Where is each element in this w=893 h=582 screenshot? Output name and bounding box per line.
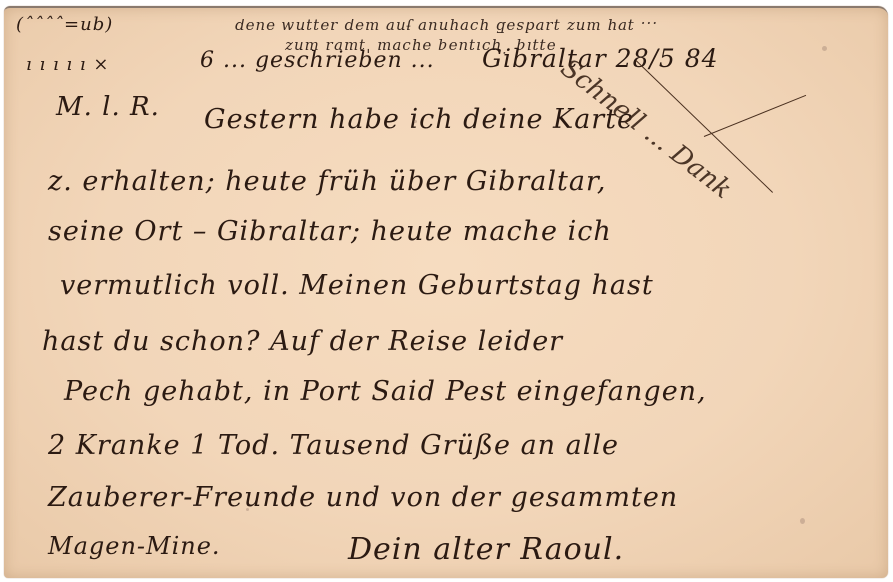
flourish-stroke xyxy=(704,95,806,137)
header-tally-marks: ı ı ı ı ı × xyxy=(26,54,109,75)
upside-down-line-1: ... ʇɐɥ ɯnz ʇɹɐdsǝƃ ɥɔɐɥnuɐ ɟnɐ ɯǝp ɹǝʇʇ… xyxy=(234,18,657,36)
body-line-6: Pech gehabt, in Port Said Pest eingefang… xyxy=(64,376,707,407)
salutation: M. l. R. xyxy=(56,92,160,122)
body-line-9: Magen-Mine. xyxy=(48,532,221,560)
foxing-spot xyxy=(246,508,249,511)
postcard: (ˆˆˆˆ=ub) ı ı ı ı ı × ... ʇɐɥ ɯnz ʇɹɐdsǝ… xyxy=(4,6,888,578)
foxing-spot xyxy=(414,120,417,123)
body-line-2: z. erhalten; heute früh über Gibraltar, xyxy=(48,166,606,197)
body-line-3: seine Ort – Gibraltar; heute mache ich xyxy=(48,216,612,247)
place-date: Gibraltar 28/5 84 xyxy=(482,44,719,73)
header-accent-marks: (ˆˆˆˆ=ub) xyxy=(16,14,113,35)
body-line-8: Zauberer-Freunde und von der gesammten xyxy=(48,482,678,513)
foxing-spot xyxy=(822,46,827,51)
body-line-4: vermutlich voll. Meinen Geburtstag hast xyxy=(60,270,654,301)
body-line-1: Gestern habe ich deine Karte xyxy=(204,104,634,135)
signature: Dein alter Raoul. xyxy=(348,532,624,567)
foxing-spot xyxy=(800,518,805,524)
body-line-5: hast du schon? Auf der Reise leider xyxy=(42,326,563,357)
body-line-7: 2 Kranke 1 Tod. Tausend Grüße an alle xyxy=(48,430,619,461)
body-line-0: 6 ... geschrieben ... xyxy=(200,48,435,73)
